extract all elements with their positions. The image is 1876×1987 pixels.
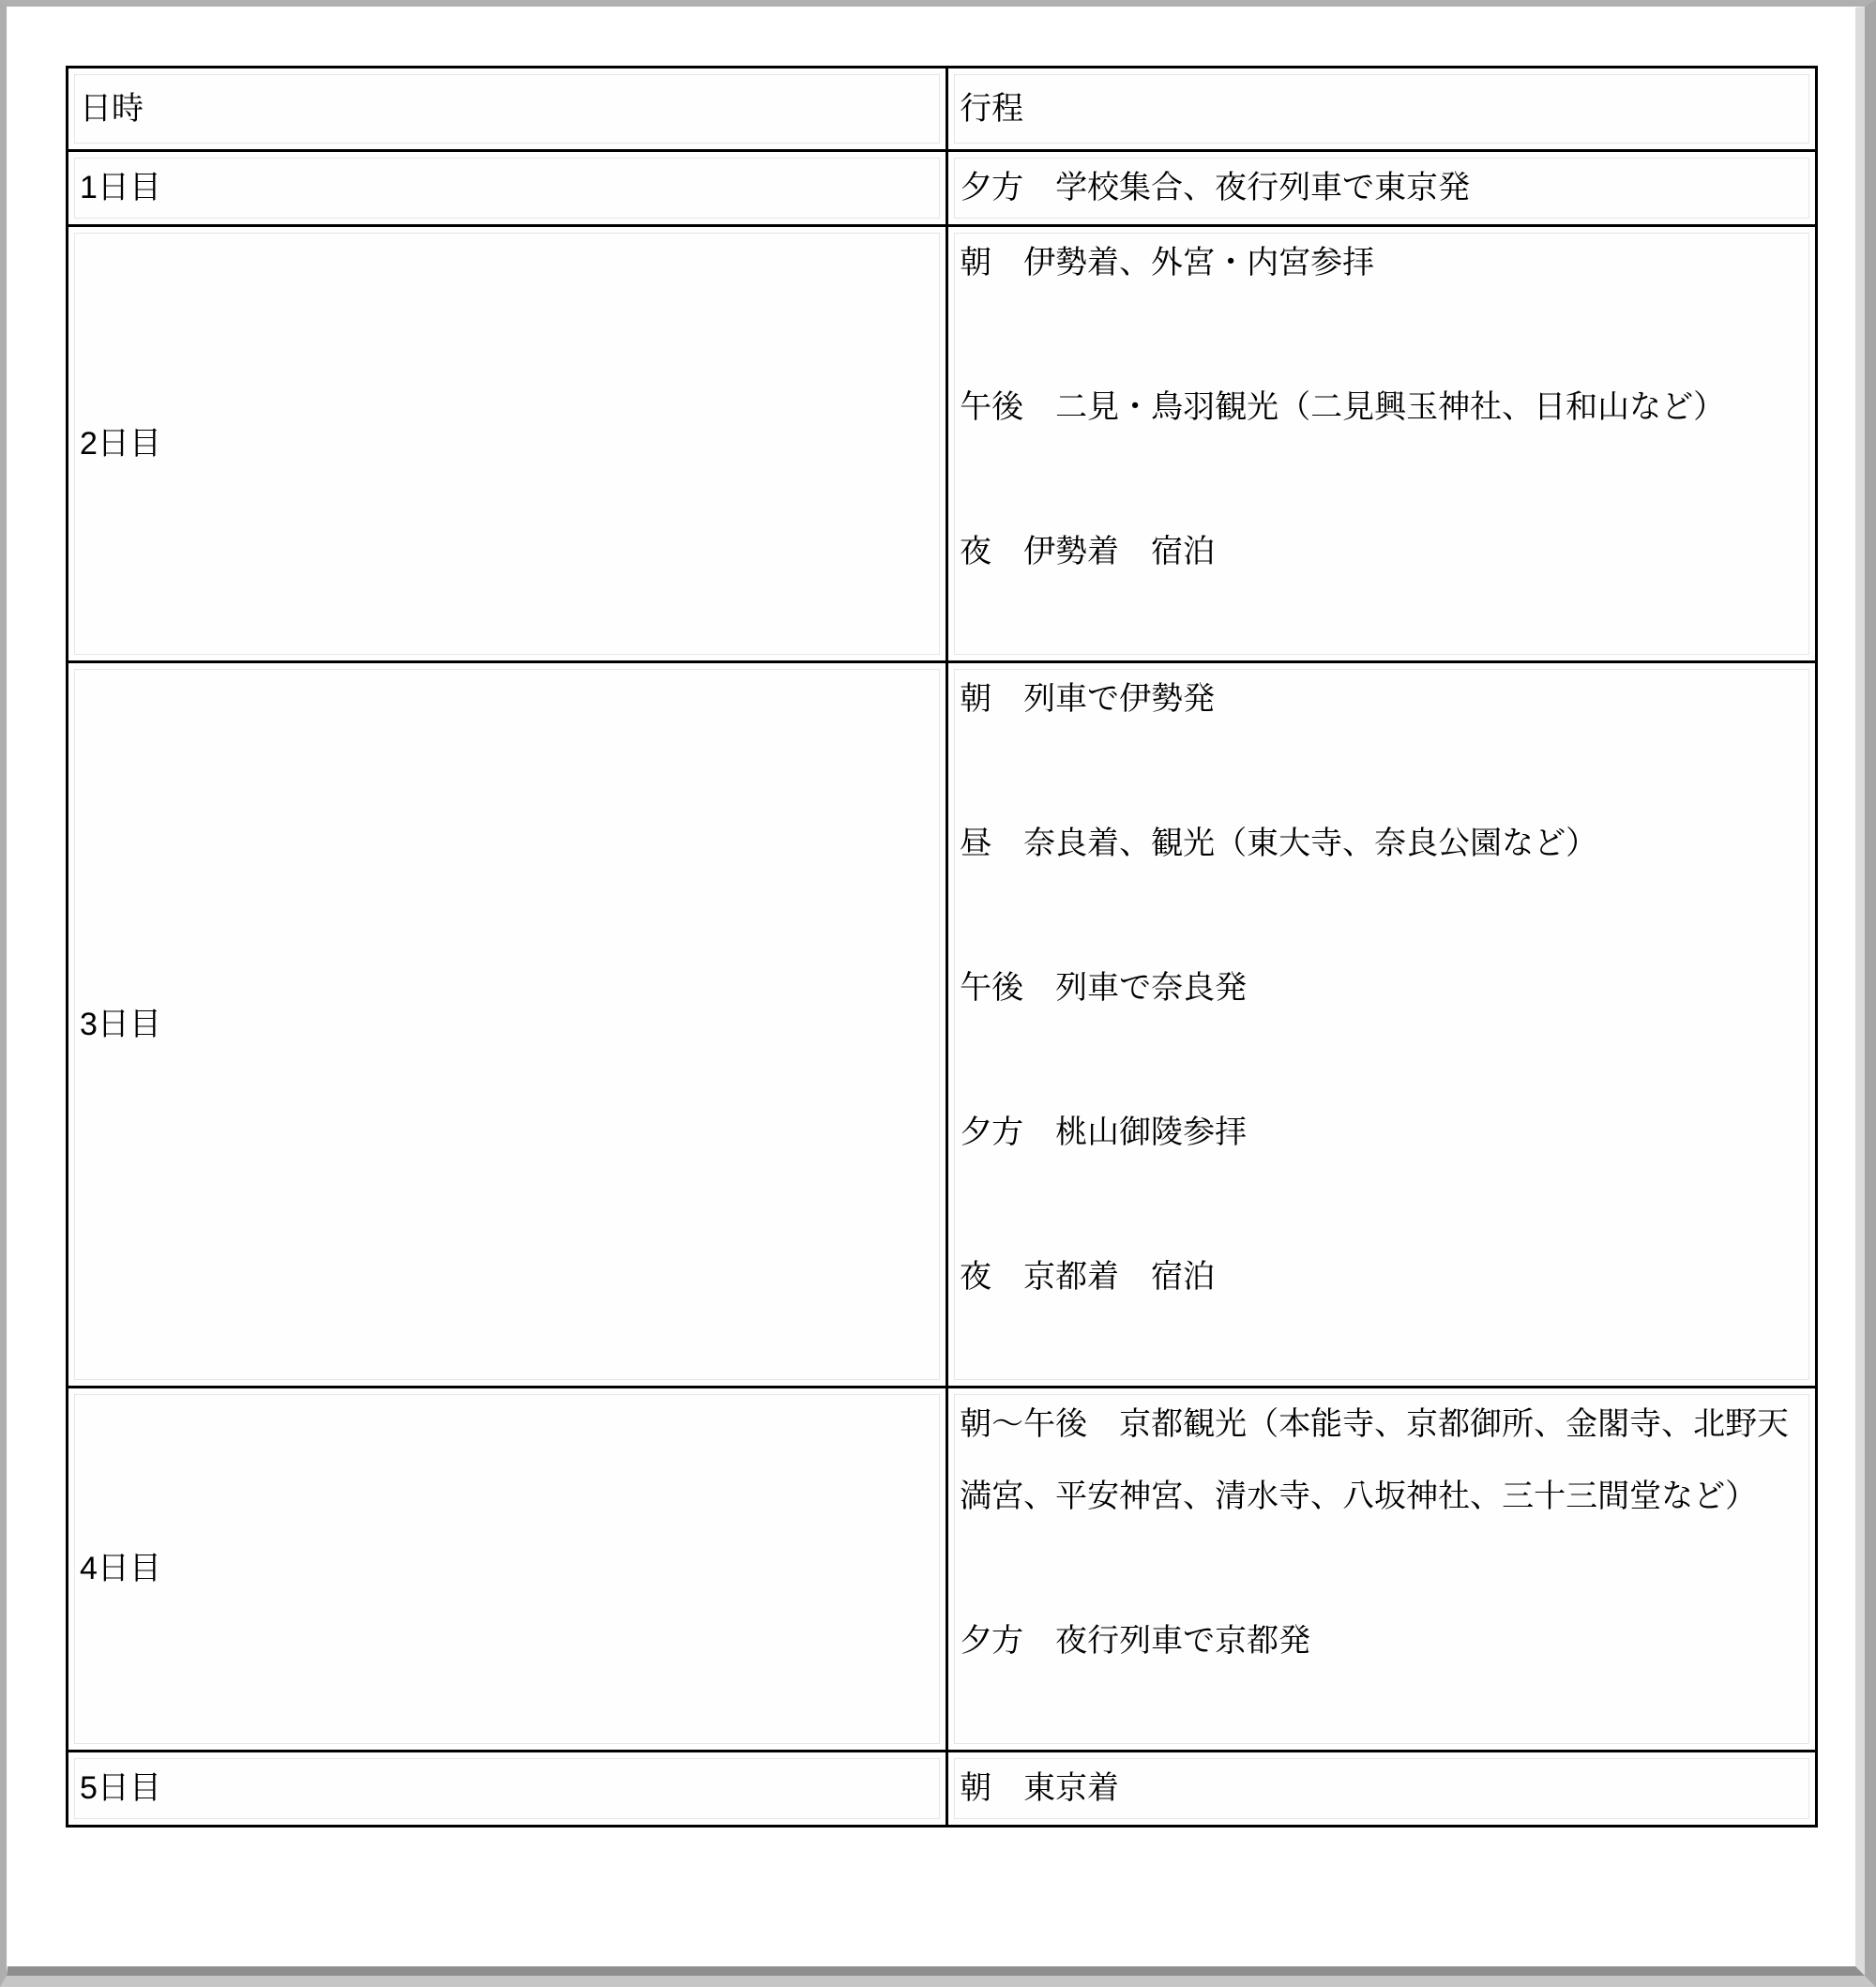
column-header-itinerary: 行程	[947, 68, 1817, 151]
schedule-blank-line	[960, 588, 1804, 660]
schedule-line: 夜 京都着 宿泊	[960, 1241, 1804, 1313]
schedule-cell: 夕方 学校集合、夜行列車で東京発	[947, 151, 1817, 226]
schedule-line: 夕方 学校集合、夜行列車で東京発	[960, 152, 1804, 224]
schedule-blank-line	[960, 1533, 1804, 1605]
itinerary-table-body: 1日目夕方 学校集合、夜行列車で東京発2日目朝 伊勢着、外宮・内宮参拝午後 二見…	[68, 151, 1817, 1827]
schedule-cell: 朝～午後 京都観光（本能寺、京都御所、金閣寺、北野天満宮、平安神宮、清水寺、八坂…	[947, 1388, 1817, 1752]
schedule-line: 朝 列車で伊勢発	[960, 663, 1804, 736]
schedule-line: 夕方 夜行列車で京都発	[960, 1605, 1804, 1677]
table-row: 5日目朝 東京着	[68, 1752, 1817, 1827]
day-cell: 5日目	[68, 1752, 947, 1827]
schedule-line: 午後 二見・鳥羽観光（二見興玉神社、日和山など）	[960, 372, 1804, 444]
schedule-blank-line	[960, 1169, 1804, 1241]
schedule-blank-line	[960, 1677, 1804, 1750]
schedule-blank-line	[960, 880, 1804, 952]
schedule-line: 朝 東京着	[960, 1752, 1804, 1825]
day-cell: 3日目	[68, 662, 947, 1388]
schedule-line: 朝 伊勢着、外宮・内宮参拝	[960, 227, 1804, 299]
schedule-line: 午後 列車で奈良発	[960, 952, 1804, 1024]
day-cell: 1日目	[68, 151, 947, 226]
page-frame: 日時 行程 1日目夕方 学校集合、夜行列車で東京発2日目朝 伊勢着、外宮・内宮参…	[0, 0, 1876, 1987]
day-cell: 4日目	[68, 1388, 947, 1752]
table-row: 3日目朝 列車で伊勢発昼 奈良着、観光（東大寺、奈良公園など）午後 列車で奈良発…	[68, 662, 1817, 1388]
header-row: 日時 行程	[68, 68, 1817, 151]
table-row: 2日目朝 伊勢着、外宮・内宮参拝午後 二見・鳥羽観光（二見興玉神社、日和山など）…	[68, 226, 1817, 662]
schedule-cell: 朝 東京着	[947, 1752, 1817, 1827]
schedule-cell: 朝 列車で伊勢発昼 奈良着、観光（東大寺、奈良公園など）午後 列車で奈良発夕方 …	[947, 662, 1817, 1388]
itinerary-table: 日時 行程 1日目夕方 学校集合、夜行列車で東京発2日目朝 伊勢着、外宮・内宮参…	[66, 66, 1818, 1828]
schedule-cell: 朝 伊勢着、外宮・内宮参拝午後 二見・鳥羽観光（二見興玉神社、日和山など）夜 伊…	[947, 226, 1817, 662]
schedule-line: 夕方 桃山御陵参拝	[960, 1097, 1804, 1169]
schedule-blank-line	[960, 299, 1804, 372]
page: 日時 行程 1日目夕方 学校集合、夜行列車で東京発2日目朝 伊勢着、外宮・内宮参…	[7, 7, 1865, 1976]
schedule-blank-line	[960, 444, 1804, 516]
schedule-line: 朝～午後 京都観光（本能寺、京都御所、金閣寺、北野天満宮、平安神宮、清水寺、八坂…	[960, 1388, 1804, 1533]
table-row: 1日目夕方 学校集合、夜行列車で東京発	[68, 151, 1817, 226]
day-cell: 2日目	[68, 226, 947, 662]
schedule-blank-line	[960, 1024, 1804, 1097]
schedule-line: 夜 伊勢着 宿泊	[960, 516, 1804, 588]
schedule-blank-line	[960, 1313, 1804, 1386]
table-row: 4日目朝～午後 京都観光（本能寺、京都御所、金閣寺、北野天満宮、平安神宮、清水寺…	[68, 1388, 1817, 1752]
column-header-datetime: 日時	[68, 68, 947, 151]
schedule-blank-line	[960, 736, 1804, 808]
schedule-line: 昼 奈良着、観光（東大寺、奈良公園など）	[960, 808, 1804, 880]
